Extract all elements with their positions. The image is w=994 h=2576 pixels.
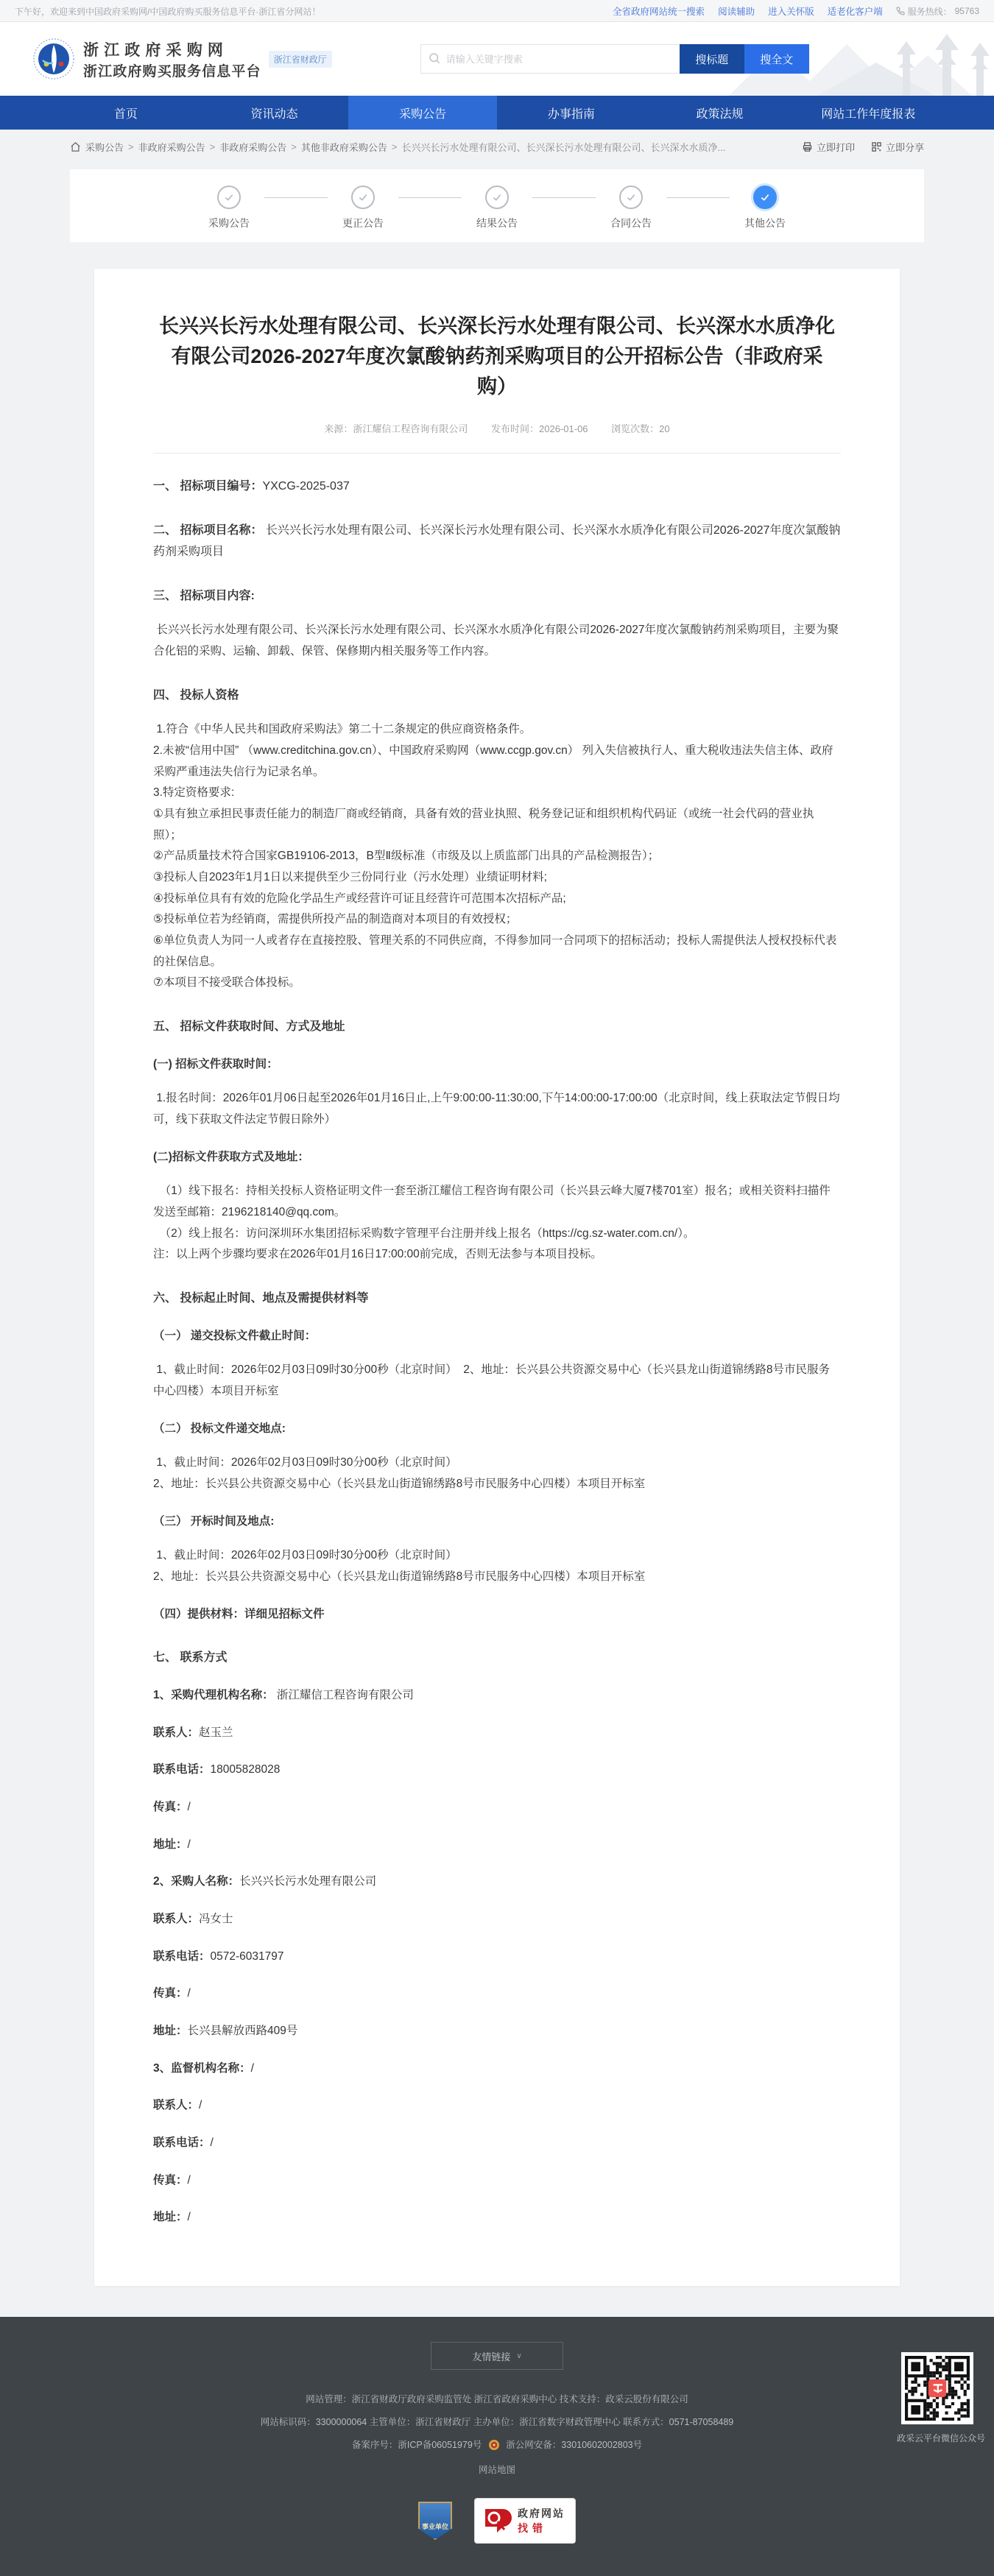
block-label: 2、采购人名称：: [153, 1875, 239, 1888]
hotline-label: 服务热线：: [908, 5, 952, 18]
breadcrumb-separator: >: [128, 141, 134, 152]
nav-item[interactable]: 政策法规: [646, 96, 794, 130]
page: 下午好，欢迎来到中国政府采购网/中国政府购买服务信息平台·浙江省分网站！ 全省政…: [0, 0, 994, 2576]
article-block: 联系电话：18005828028: [153, 1760, 841, 1781]
article-block: （三） 开标时间及地点:: [153, 1511, 841, 1533]
breadcrumb-separator: >: [291, 141, 297, 152]
article-block: 传真：/: [153, 1983, 841, 2005]
block-label: 传真：: [153, 1987, 188, 2000]
article-block: （四）提供材料：详细见招标文件: [153, 1604, 841, 1626]
site-subtitle: 浙江政府购买服务信息平台: [83, 60, 261, 80]
search-icon: [428, 52, 441, 65]
nav-item[interactable]: 资讯动态: [200, 96, 349, 130]
step-item[interactable]: 其他公告: [730, 186, 800, 230]
article-block: 2、地址：长兴县公共资源交易中心（长兴县龙山街道锦绣路8号市民服务中心四楼）本项…: [153, 1474, 841, 1495]
breadcrumb-item[interactable]: 长兴兴长污水处理有限公司、长兴深长污水处理有限公司、长兴深水水质净...: [401, 140, 725, 154]
block-label: 三、 招标项目内容:: [153, 590, 255, 602]
block-text: 浙江耀信工程咨询有限公司: [274, 1689, 414, 1701]
announcement-meta: 来源：浙江耀信工程咨询有限公司 发布时间：2026-01-06 浏览次数：20: [153, 421, 841, 435]
meta-publish-time: 发布时间：2026-01-06: [491, 423, 588, 434]
block-text: 2、地址：长兴县公共资源交易中心（长兴县龙山街道锦绣路8号市民服务中心四楼）本项…: [153, 1570, 645, 1583]
article-block: 联系人：冯女士: [153, 1909, 841, 1930]
block-label: 联系人：: [153, 1913, 199, 1925]
article-block: 七、 联系方式: [153, 1647, 841, 1669]
block-text: 18005828028: [211, 1763, 281, 1776]
block-text: /: [251, 2062, 254, 2075]
breadcrumb-separator: >: [392, 141, 398, 152]
article-block: 2、地址：长兴县公共资源交易中心（长兴县龙山街道锦绣路8号市民服务中心四楼）本项…: [153, 1567, 841, 1588]
article-block: 1、截止时间：2026年02月03日09时30分00秒（北京时间）: [153, 1545, 841, 1567]
breadcrumb-item[interactable]: 其他非政府采购公告: [301, 140, 387, 154]
share-label: 立即分享: [886, 140, 924, 154]
breadcrumb-item[interactable]: 非政府采购公告: [138, 140, 205, 154]
block-text: 1.符合《中华人民共和国政府采购法》第二十二条规定的供应商资格条件。: [153, 723, 531, 735]
printer-icon: [802, 141, 813, 152]
check-icon: [492, 192, 502, 202]
article-block: (一) 招标文件获取时间：: [153, 1054, 841, 1076]
block-label: 地址：: [153, 2025, 188, 2037]
block-label: 地址：: [153, 2211, 188, 2223]
security-record-number: 浙公网安备：33010602002803号: [506, 2440, 642, 2450]
article-block: (二)招标文件获取方式及地址：: [153, 1147, 841, 1168]
topbar: 下午好，欢迎来到中国政府采购网/中国政府购买服务信息平台·浙江省分网站！ 全省政…: [0, 0, 994, 22]
block-label: 地址：: [153, 1838, 188, 1851]
breadcrumb-item[interactable]: 采购公告: [85, 140, 124, 154]
breadcrumb: 采购公告>非政府采购公告>非政府采购公告>其他非政府采购公告>长兴兴长污水处理有…: [85, 140, 725, 154]
block-text: （1）线下报名：持相关投标人资格证明文件一套至浙江耀信工程咨询有限公司（长兴县云…: [153, 1185, 831, 1218]
block-label: 二、 招标项目名称：: [153, 524, 262, 537]
share-qr-icon: [871, 141, 882, 152]
hotline-number: 95763: [955, 6, 979, 16]
step-label: 其他公告: [744, 216, 786, 230]
block-label: 六、 投标起止时间、地点及需提供材料等: [153, 1292, 368, 1305]
nav-item[interactable]: 网站工作年度报表: [794, 96, 942, 130]
print-label: 立即打印: [817, 140, 855, 154]
block-label: （三） 开标时间及地点:: [153, 1515, 274, 1528]
article-block: 地址：长兴县解放西路409号: [153, 2021, 841, 2042]
article-block: 3、监督机构名称：/: [153, 2058, 841, 2080]
article-block: 1、截止时间：2026年02月03日09时30分00秒（北京时间） 2、地址：长…: [153, 1360, 841, 1402]
step-label: 采购公告: [208, 216, 250, 230]
block-text: /: [188, 2174, 191, 2187]
step-check-circle: [485, 186, 509, 209]
block-text: （2）线上报名：访问深圳环水集团招标采购数字管理平台注册并线上报名（https:…: [153, 1227, 694, 1240]
block-text: 2.未被“信用中国” （www.creditchina.gov.cn）、中国政府…: [153, 744, 833, 778]
article-block: 1、截止时间：2026年02月03日09时30分00秒（北京时间）: [153, 1453, 841, 1474]
block-text: ③投标人自2023年1月1日以来提供至少三份同行业（污水处理）业绩证明材料;: [153, 871, 547, 883]
block-label: 联系电话：: [153, 2136, 211, 2149]
block-text: YXCG-2025-037: [262, 480, 349, 493]
article-block: （二） 投标文件递交地点:: [153, 1419, 841, 1440]
step-label: 结果公告: [476, 216, 518, 230]
sitemap-link[interactable]: 网站地图: [0, 2463, 994, 2476]
footer-management-line: 网站管理：浙江省财政厅政府采购监管处 浙江省政府采购中心 技术支持：政采云股份有…: [0, 2392, 994, 2405]
qr-caption: 政采云平台微信公众号: [897, 2432, 978, 2444]
check-icon: [358, 192, 368, 202]
article-block: 1、采购代理机构名称： 浙江耀信工程咨询有限公司: [153, 1685, 841, 1707]
step-item[interactable]: 合同公告: [596, 186, 666, 230]
block-text: 1、截止时间：2026年02月03日09时30分00秒（北京时间） 2、地址：长…: [153, 1363, 830, 1397]
block-label: 1、采购代理机构名称：: [153, 1689, 274, 1701]
block-label: 联系人：: [153, 1726, 199, 1739]
block-label: 3、监督机构名称：: [153, 2062, 251, 2075]
block-text: 1、截止时间：2026年02月03日09时30分00秒（北京时间）: [153, 1549, 457, 1562]
breadcrumb-separator: >: [210, 141, 216, 152]
step-check-circle: [753, 186, 777, 209]
block-label: （四）提供材料：详细见招标文件: [153, 1608, 325, 1620]
block-text: /: [188, 1838, 191, 1851]
meta-divider: [153, 453, 841, 454]
gov-site-error-report-badge[interactable]: 政府网站 找错: [474, 2498, 576, 2544]
block-label: 一、 招标项目编号：: [153, 480, 262, 493]
block-text: /: [188, 1801, 191, 1813]
block-text: ①具有独立承担民事责任能力的制造厂商或经销商，具备有效的营业执照、税务登记证和组…: [153, 808, 814, 841]
topbar-link[interactable]: 进入关怀版: [768, 4, 814, 18]
block-text: 冯女士: [199, 1913, 233, 1925]
step-check-circle: [217, 186, 241, 209]
nav-item[interactable]: 采购公告: [348, 96, 497, 130]
block-text: ⑤投标单位若为经销商，需提供所投产品的制造商对本项目的有效授权；: [153, 913, 517, 925]
article-block: 2、采购人名称：长兴兴长污水处理有限公司: [153, 1871, 841, 1893]
article-block: 1.报名时间：2026年01月06日起至2026年01月16日止,上午9:00:…: [153, 1088, 841, 1130]
block-text: 1.报名时间：2026年01月06日起至2026年01月16日止,上午9:00:…: [153, 1092, 840, 1126]
article-block: 3.特定资格要求:: [153, 783, 841, 804]
meta-view-count: 浏览次数：20: [611, 423, 669, 434]
step-connector: [398, 197, 462, 198]
topbar-link[interactable]: 全省政府网站统一搜索: [613, 4, 705, 18]
article-block: ⑤投标单位若为经销商，需提供所投产品的制造商对本项目的有效授权；: [153, 909, 841, 931]
block-text: /: [211, 2136, 214, 2149]
check-icon: [760, 192, 770, 202]
block-text: 长兴县解放西路409号: [188, 2025, 298, 2037]
block-text: /: [188, 1987, 191, 2000]
step-item[interactable]: 采购公告: [194, 186, 264, 230]
article-block: 长兴兴长污水处理有限公司、长兴深长污水处理有限公司、长兴深水水质净化有限公司20…: [153, 620, 841, 662]
article-block: 联系电话：/: [153, 2133, 841, 2154]
finance-dept-badge: 浙江省财政厅: [269, 51, 332, 68]
article-block: ④投标单位具有有效的危险化学品生产或经营许可证且经营许可范围本次招标产品;: [153, 889, 841, 910]
topbar-link[interactable]: 适老化客户端: [828, 4, 883, 18]
block-text: 0572-6031797: [211, 1950, 284, 1963]
article-block: （2）线上报名：访问深圳环水集团招标采购数字管理平台注册并线上报名（https:…: [153, 1224, 841, 1245]
step-check-circle: [619, 186, 643, 209]
block-label: (二)招标文件获取方式及地址：: [153, 1151, 309, 1163]
block-label: 联系人：: [153, 2099, 199, 2111]
block-text: 长兴兴长污水处理有限公司、长兴深长污水处理有限公司、长兴深水水质净化有限公司20…: [153, 624, 839, 657]
home-icon[interactable]: [70, 141, 81, 152]
block-label: 七、 联系方式: [153, 1651, 227, 1664]
article-block: 联系人：/: [153, 2095, 841, 2117]
article-block: 1.符合《中华人民共和国政府采购法》第二十二条规定的供应商资格条件。: [153, 719, 841, 741]
block-text: 1、截止时间：2026年02月03日09时30分00秒（北京时间）: [153, 1456, 457, 1469]
article-block: 注：以上两个步骤均要求在2026年01月16日17:00:00前完成，否则无法参…: [153, 1244, 841, 1266]
article-block: 五、 招标文件获取时间、方式及地址: [153, 1016, 841, 1038]
search-fulltext-button[interactable]: 搜全文: [744, 44, 809, 74]
article-block: ③投标人自2023年1月1日以来提供至少三份同行业（污水处理）业绩证明材料;: [153, 867, 841, 889]
search-bar: 搜标题 搜全文: [420, 44, 809, 74]
phone-icon: [896, 7, 905, 15]
step-label: 更正公告: [342, 216, 384, 230]
step-item[interactable]: 更正公告: [328, 186, 398, 230]
share-action[interactable]: 立即分享: [871, 140, 924, 154]
step-connector: [532, 197, 596, 198]
check-icon: [626, 192, 636, 202]
print-action[interactable]: 立即打印: [802, 140, 855, 154]
breadcrumb-row: 采购公告>非政府采购公告>非政府采购公告>其他非政府采购公告>长兴兴长污水处理有…: [0, 130, 994, 163]
block-label: （一） 递交投标文件截止时间：: [153, 1330, 316, 1342]
block-text: 注：以上两个步骤均要求在2026年01月16日17:00:00前完成，否则无法参…: [153, 1248, 602, 1260]
step-connector: [666, 197, 730, 198]
article-block: ②产品质量技术符合国家GB19106-2013，B型Ⅱ级标准（市级及以上质监部门…: [153, 846, 841, 867]
main-nav: 首页资讯动态采购公告办事指南政策法规网站工作年度报表: [0, 96, 994, 130]
announcement-title: 长兴兴长污水处理有限公司、长兴深长污水处理有限公司、长兴深水水质净化有限公司20…: [153, 311, 841, 402]
article-block: 二、 招标项目名称： 长兴兴长污水处理有限公司、长兴深长污水处理有限公司、长兴深…: [153, 520, 841, 563]
article-block: （1）线下报名：持相关投标人资格证明文件一套至浙江耀信工程咨询有限公司（长兴县云…: [153, 1181, 841, 1223]
announcement-card: 长兴兴长污水处理有限公司、长兴深长污水处理有限公司、长兴深水水质净化有限公司20…: [94, 269, 900, 2286]
article-block: 六、 投标起止时间、地点及需提供材料等: [153, 1288, 841, 1310]
article-block: 地址：/: [153, 1835, 841, 1856]
friend-links-dropdown[interactable]: 友情链接 ∨: [431, 2342, 563, 2370]
breadcrumb-item[interactable]: 非政府采购公告: [219, 140, 286, 154]
site-header: 浙江政府采购网 浙江政府购买服务信息平台 浙江省财政厅 搜标题 搜全文: [0, 22, 994, 96]
chevron-down-icon: ∨: [516, 2352, 521, 2360]
page-footer: 友情链接 ∨ 网站管理：浙江省财政厅政府采购监管处 浙江省政府采购中心 技术支持…: [0, 2317, 994, 2576]
block-text: ④投标单位具有有效的危险化学品生产或经营许可证且经营许可范围本次招标产品;: [153, 892, 566, 905]
nav-item[interactable]: 办事指南: [497, 96, 646, 130]
article-block: 三、 招标项目内容:: [153, 585, 841, 607]
block-text: 赵玉兰: [199, 1726, 233, 1739]
block-label: (一) 招标文件获取时间：: [153, 1058, 278, 1070]
article-block: 传真：/: [153, 2170, 841, 2192]
block-label: 传真：: [153, 2174, 188, 2187]
article-block: 一、 招标项目编号：YXCG-2025-037: [153, 476, 841, 498]
site-name: 浙江政府采购网: [83, 38, 261, 60]
block-text: /: [199, 2099, 202, 2111]
announcement-body: 一、 招标项目编号：YXCG-2025-037二、 招标项目名称： 长兴兴长污水…: [153, 476, 841, 2229]
article-block: （一） 递交投标文件截止时间：: [153, 1326, 841, 1347]
search-title-button[interactable]: 搜标题: [680, 44, 744, 74]
block-text: 3.特定资格要求:: [153, 786, 234, 799]
article-block: 四、 投标人资格: [153, 685, 841, 707]
block-label: （二） 投标文件递交地点:: [153, 1422, 286, 1435]
check-icon: [224, 192, 234, 202]
article-block: 2.未被“信用中国” （www.creditchina.gov.cn）、中国政府…: [153, 741, 841, 783]
article-block: 地址：/: [153, 2207, 841, 2229]
icp-number: 备案序号：浙ICP备06051979号: [352, 2440, 482, 2450]
step-label: 合同公告: [610, 216, 652, 230]
block-text: 长兴兴长污水处理有限公司: [239, 1875, 376, 1888]
block-text: 2、地址：长兴县公共资源交易中心（长兴县龙山街道锦绣路8号市民服务中心四楼）本项…: [153, 1478, 645, 1490]
greeting-text: 下午好，欢迎来到中国政府采购网/中国政府购买服务信息平台·浙江省分网站！: [15, 5, 320, 18]
article-block: 传真：/: [153, 1797, 841, 1818]
logo-icon: [33, 38, 74, 80]
block-label: 联系电话：: [153, 1763, 211, 1776]
article-block: ⑥单位负责人为同一人或者存在直接控股、管理关系的不同供应商，不得参加同一合同项下…: [153, 931, 841, 973]
meta-source: 来源：浙江耀信工程咨询有限公司: [324, 423, 468, 434]
step-item[interactable]: 结果公告: [462, 186, 532, 230]
footer-identifier-line: 网站标识码：3300000064 主管单位：浙江省财政厅 主办单位：浙江省数字财…: [0, 2415, 994, 2428]
article-block: 联系人：赵玉兰: [153, 1723, 841, 1744]
block-label: 五、 招标文件获取时间、方式及地址: [153, 1020, 345, 1033]
block-label: 四、 投标人资格: [153, 689, 239, 702]
block-text: ⑦本项目不接受联合体投标。: [153, 976, 300, 989]
institution-badge[interactable]: 事业单位: [418, 2502, 452, 2540]
article-block: ⑦本项目不接受联合体投标。: [153, 973, 841, 994]
block-text: /: [188, 2211, 191, 2223]
article-block: ①具有独立承担民事责任能力的制造厂商或经销商，具备有效的营业执照、税务登记证和组…: [153, 804, 841, 846]
block-label: 传真：: [153, 1801, 188, 1813]
qr-code-image: [905, 2356, 970, 2421]
announcement-steps: 采购公告更正公告结果公告合同公告其他公告: [70, 169, 924, 242]
footer-icp-line: 备案序号：浙ICP备06051979号 浙公网安备：33010602002803…: [0, 2438, 994, 2451]
step-connector: [264, 197, 328, 198]
wechat-qr: 政采云平台微信公众号: [897, 2352, 978, 2444]
site-logo[interactable]: 浙江政府采购网 浙江政府购买服务信息平台 浙江省财政厅: [33, 38, 332, 80]
nav-item[interactable]: 首页: [52, 96, 200, 130]
search-input[interactable]: [420, 44, 680, 74]
magnifier-badge-icon: [482, 2506, 512, 2536]
block-text: ⑥单位负责人为同一人或者存在直接控股、管理关系的不同供应商，不得参加同一合同项下…: [153, 934, 836, 968]
step-check-circle: [351, 186, 375, 209]
block-label: 联系电话：: [153, 1950, 211, 1963]
friend-links-label: 友情链接: [472, 2349, 510, 2363]
article-block: 联系电话：0572-6031797: [153, 1947, 841, 1968]
block-text: ②产品质量技术符合国家GB19106-2013，B型Ⅱ级标准（市级及以上质监部门…: [153, 850, 659, 862]
topbar-link[interactable]: 阅读辅助: [718, 4, 755, 18]
police-emblem-icon: [489, 2440, 499, 2450]
hotline: 服务热线：95763: [896, 5, 979, 18]
